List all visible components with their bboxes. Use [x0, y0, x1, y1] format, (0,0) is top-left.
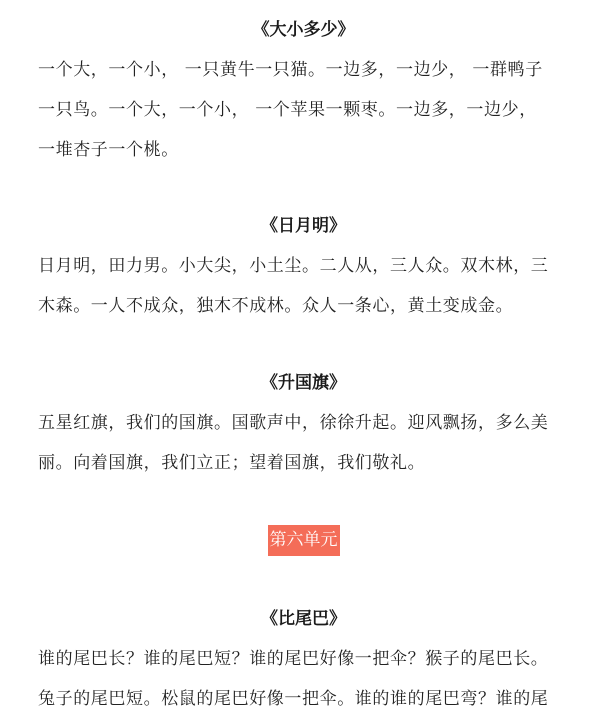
- text-line: 谁的尾巴长？谁的尾巴短？谁的尾巴好像一把伞？猴子的尾巴长。: [38, 639, 552, 679]
- text-line: 一堆杏子一个桃。: [38, 130, 552, 170]
- section-body-shengguoqi: 五星红旗，我们的国旗。国歌声中，徐徐升起。迎风飘扬，多么美 丽。向着国旗，我们立…: [38, 403, 552, 483]
- document-page: 《大小多少》 一个大，一个小， 一只黄牛一只猫。一边多，一边少， 一群鸭子 一只…: [0, 0, 607, 726]
- section-title-shengguoqi: 《升国旗》: [0, 371, 607, 395]
- text-line: 五星红旗，我们的国旗。国歌声中，徐徐升起。迎风飘扬，多么美: [38, 403, 552, 443]
- text-line: 一只鸟。一个大，一个小， 一个苹果一颗枣。一边多，一边少，: [38, 90, 552, 130]
- section-body-riyueming: 日月明，田力男。小大尖，小土尘。二人从，三人众。双木林，三 木森。一人不成众，独…: [38, 246, 552, 326]
- section-title-riyueming: 《日月明》: [0, 214, 607, 238]
- text-line: 一个大，一个小， 一只黄牛一只猫。一边多，一边少， 一群鸭子: [38, 50, 552, 90]
- section-title-biweiba: 《比尾巴》: [0, 607, 607, 631]
- section-body-daxiaoduoshao: 一个大，一个小， 一只黄牛一只猫。一边多，一边少， 一群鸭子 一只鸟。一个大，一…: [38, 50, 552, 170]
- section-body-biweiba: 谁的尾巴长？谁的尾巴短？谁的尾巴好像一把伞？猴子的尾巴长。 兔子的尾巴短。松鼠的…: [38, 639, 552, 719]
- unit-badge-container: 第六单元: [0, 525, 607, 556]
- text-line: 木森。一人不成众，独木不成林。众人一条心，黄土变成金。: [38, 286, 552, 326]
- unit-badge: 第六单元: [268, 525, 340, 556]
- section-title-daxiaoduoshao: 《大小多少》: [0, 18, 607, 42]
- text-line: 兔子的尾巴短。松鼠的尾巴好像一把伞。谁的谁的尾巴弯？谁的尾: [38, 679, 552, 719]
- text-line: 日月明，田力男。小大尖，小土尘。二人从，三人众。双木林，三: [38, 246, 552, 286]
- text-line: 丽。向着国旗，我们立正；望着国旗，我们敬礼。: [38, 443, 552, 483]
